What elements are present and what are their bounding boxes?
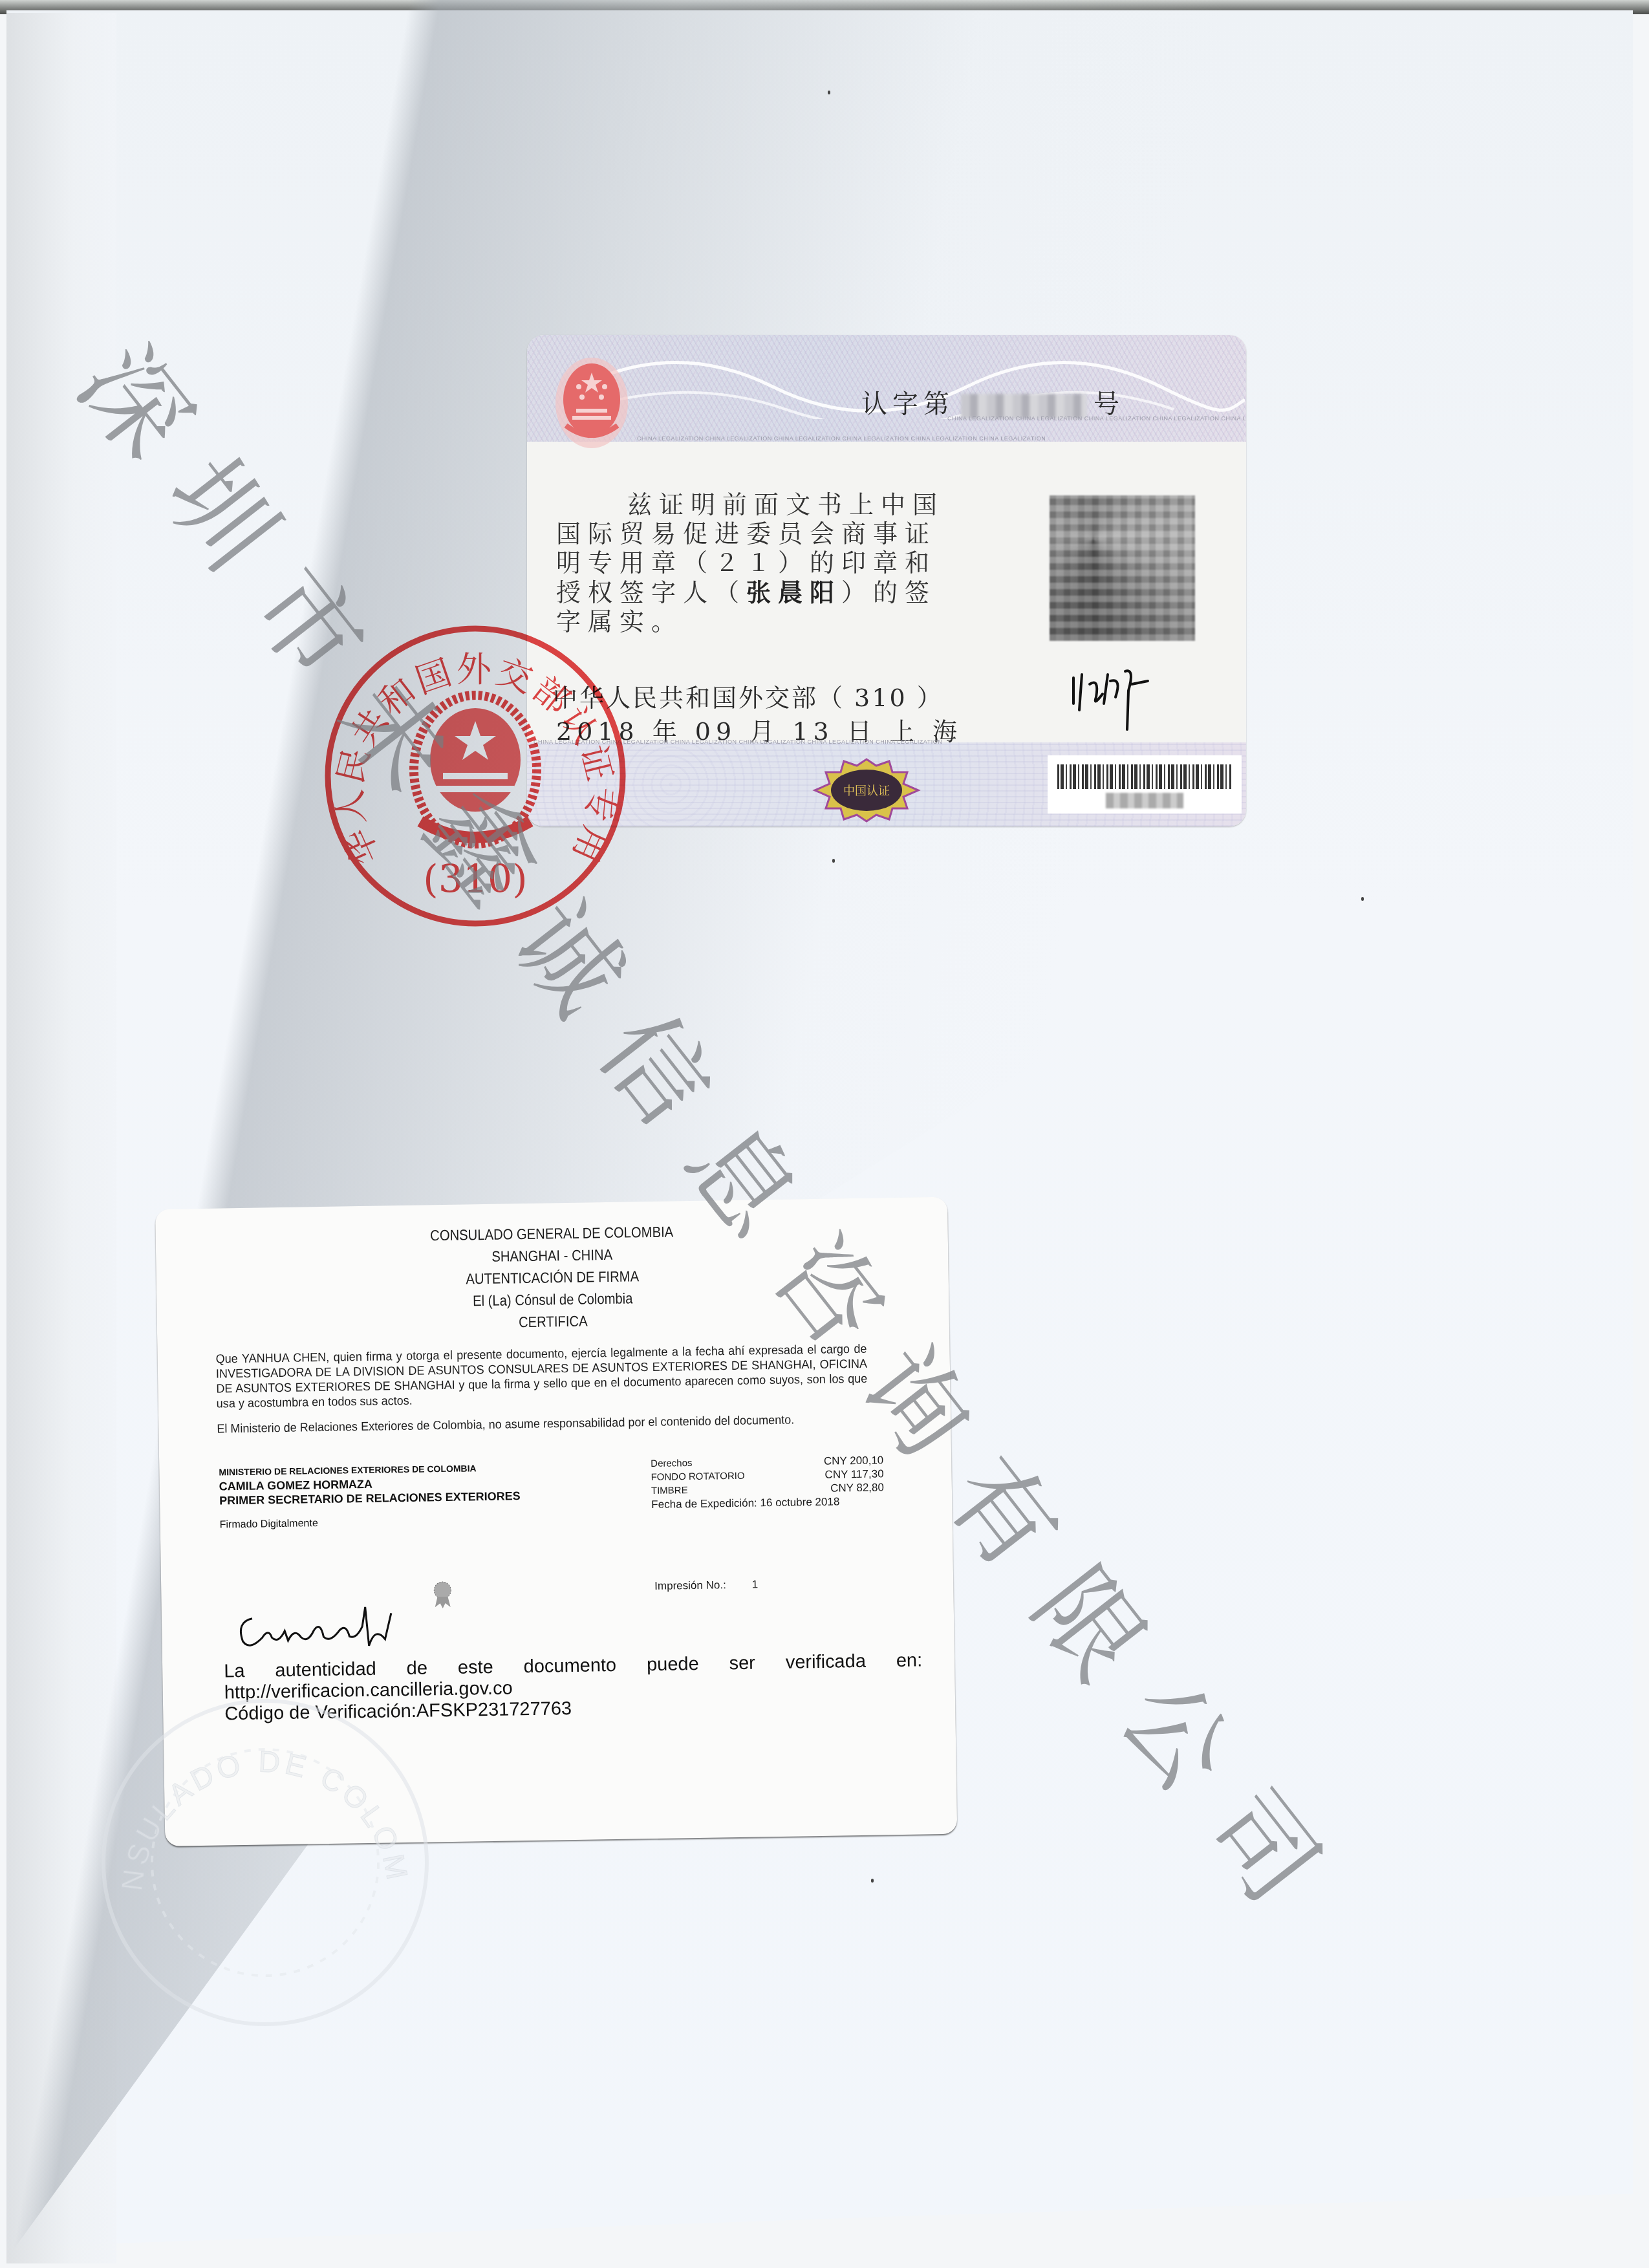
microprint-line-right: CHINA LEGALIZATION CHINA LEGALIZATION CH…	[947, 415, 1246, 422]
barcode-number-redacted	[1106, 793, 1183, 808]
scan-speck	[832, 859, 835, 863]
scan-speck	[828, 91, 830, 94]
qr-code-redacted	[1050, 495, 1195, 641]
scan-speck	[1361, 897, 1364, 901]
consul-signature-icon	[233, 1600, 402, 1654]
scan-speck	[871, 1879, 874, 1883]
handwritten-signature-icon	[1064, 658, 1161, 736]
national-emblem-icon	[553, 354, 630, 451]
consulate-header: CONSULADO GENERAL DE COLOMBIA SHANGHAI -…	[155, 1216, 949, 1339]
svg-text:中国认证: 中国认证	[843, 784, 890, 798]
svg-text:CONSULADO DE COLOMBIA: CONSULADO DE COLOMBIA	[84, 1681, 415, 1893]
svg-text:(310): (310)	[423, 857, 527, 902]
fees-table: DerechosCNY 200,10 FONDO ROTATORIOCNY 11…	[651, 1453, 884, 1511]
digital-seal-icon	[429, 1580, 456, 1610]
hologram-seal-icon: 中国认证	[812, 758, 921, 823]
barcode-label	[1048, 755, 1242, 814]
signatory-name: 张晨阳	[746, 578, 841, 607]
microprint-line: CHINA LEGALIZATION CHINA LEGALIZATION CH…	[637, 435, 1046, 442]
signer-block: MINISTERIO DE RELACIONES EXTERIORES DE C…	[219, 1459, 608, 1532]
certification-text: Que YANHUA CHEN, quien firma y otorga el…	[215, 1341, 902, 1447]
barcode-icon	[1057, 764, 1232, 789]
impression-number: Impresión No.:1	[654, 1578, 758, 1593]
issue-date: Fecha de Expedición: 16 octubre 2018	[651, 1494, 884, 1511]
mfa-red-stamp: 中华人民共和国外交部认证专用章 (310)	[314, 614, 637, 938]
embossed-consulate-seal: CONSULADO DE COLOMBIA	[84, 1681, 446, 2044]
stamp-emblem-icon	[414, 695, 537, 844]
